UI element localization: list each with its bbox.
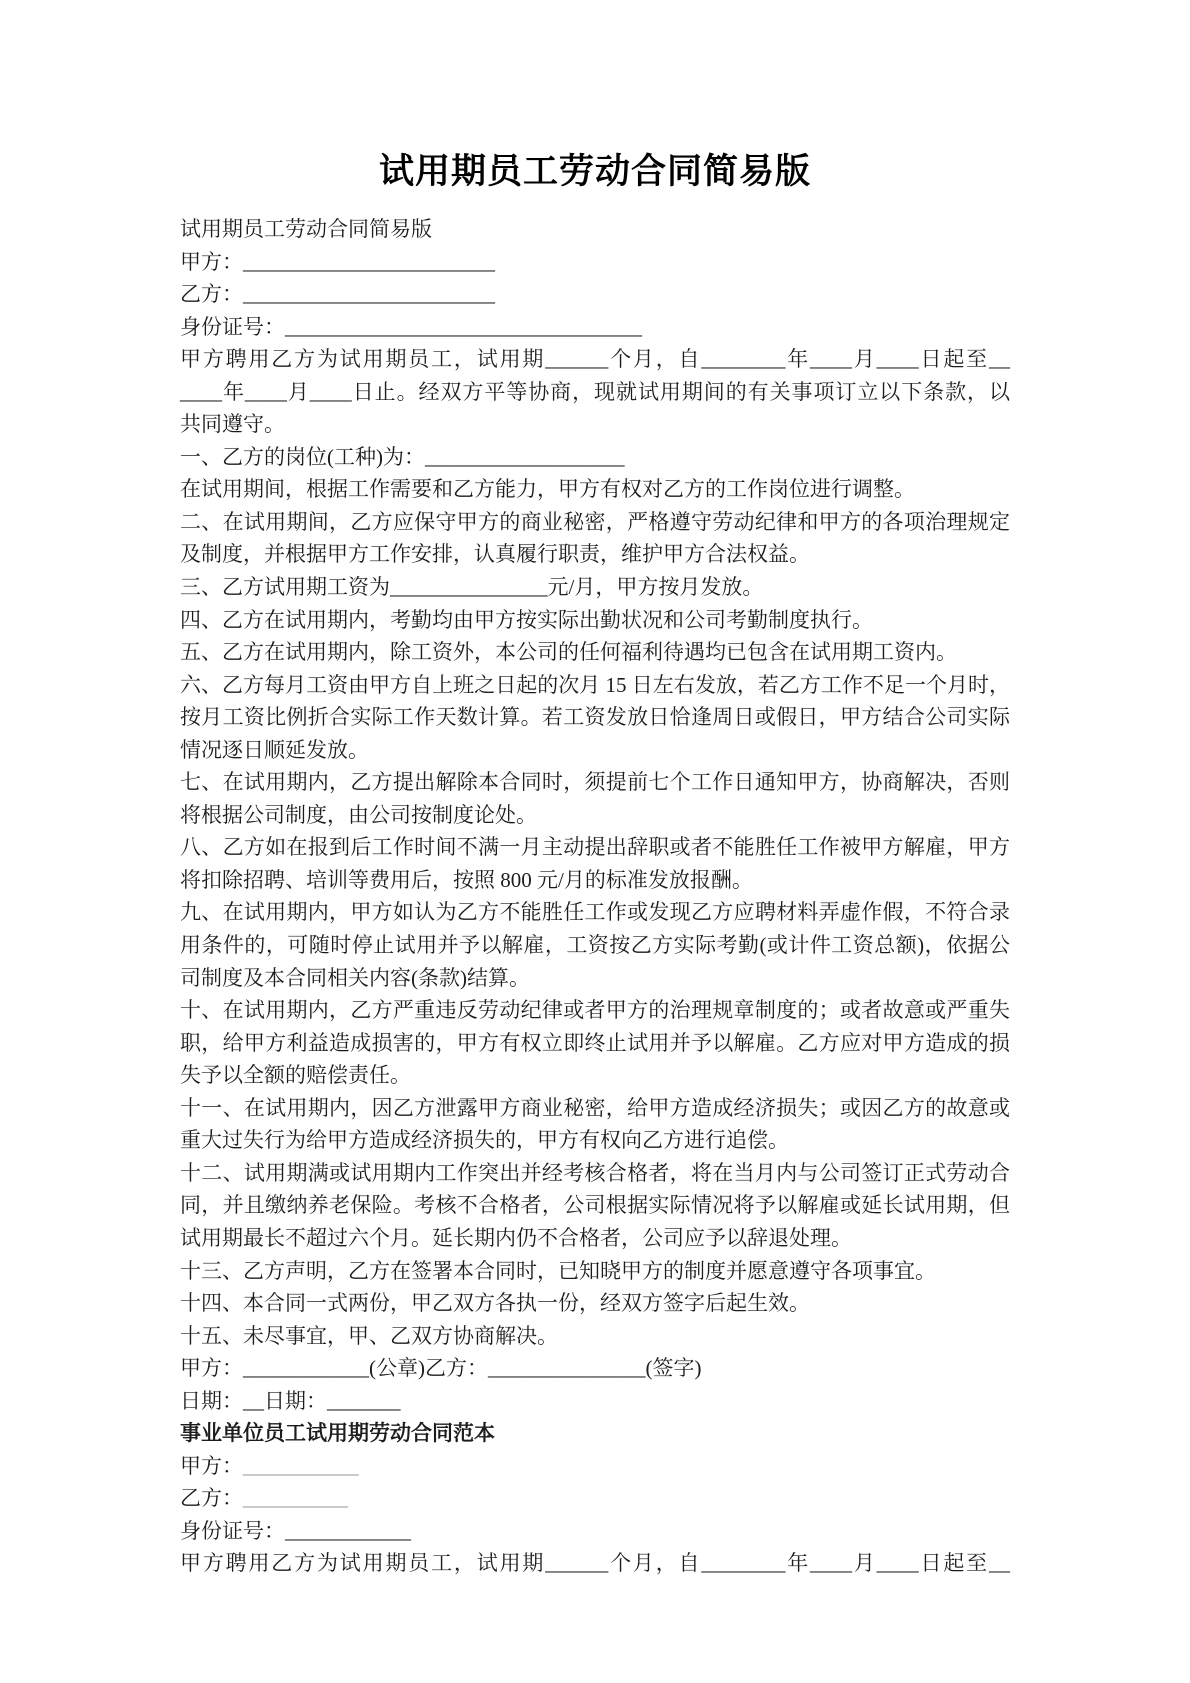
blank-underline: ___________	[243, 1454, 359, 1478]
section-subtitle: 事业单位员工试用期劳动合同范本	[180, 1417, 1010, 1450]
field-label: 甲方：	[180, 1454, 243, 1478]
field-label: 乙方：	[180, 1486, 243, 1510]
contract-body: 试用期员工劳动合同简易版 甲方：________________________…	[180, 213, 1010, 1580]
contract-line: 同，并且缴纳养老保险。考核不合格者，公司根据实际情况将予以解雇或延长试用期，但	[180, 1189, 1010, 1222]
contract-line: ____年____月____日止。经双方平等协商，现就试用期间的有关事项订立以下…	[180, 376, 1010, 409]
clause-9-line: 九、在试用期内，甲方如认为乙方不能胜任工作或发现乙方应聘材料弄虚作假，不符合录	[180, 896, 1010, 929]
id-number-line-2: 身份证号：____________	[180, 1515, 1010, 1548]
party-a-line-2: 甲方：___________	[180, 1450, 1010, 1483]
clause-5-line: 五、乙方在试用期内，除工资外，本公司的任何福利待遇均已包含在试用期工资内。	[180, 636, 1010, 669]
signature-line: 甲方：____________(公章)乙方：_______________(签字…	[180, 1352, 1010, 1385]
contract-line: 甲方聘用乙方为试用期员工，试用期______个月，自________年____月…	[180, 343, 1010, 376]
clause-7-line: 七、在试用期内，乙方提出解除本合同时，须提前七个工作日通知甲方，协商解决，否则	[180, 766, 1010, 799]
clause-6-line: 六、乙方每月工资由甲方自上班之日起的次月 15 日左右发放，若乙方工作不足一个月…	[180, 669, 1010, 702]
party-b-line: 乙方：________________________	[180, 278, 1010, 311]
clause-15-line: 十五、未尽事宜，甲、乙双方协商解决。	[180, 1320, 1010, 1353]
contract-page: 试用期员工劳动合同简易版 试用期员工劳动合同简易版 甲方：___________…	[0, 0, 1190, 1683]
clause-14-line: 十四、本合同一式两份，甲乙双方各执一份，经双方签字后起生效。	[180, 1287, 1010, 1320]
blank-underline: __________	[243, 1486, 348, 1510]
party-a-line: 甲方：________________________	[180, 246, 1010, 279]
document-title: 试用期员工劳动合同简易版	[180, 148, 1010, 196]
clause-12-line: 十二、试用期满或试用期内工作突出并经考核合格者，将在当月内与公司签订正式劳动合	[180, 1157, 1010, 1190]
contract-line: 职，给甲方利益造成损害的，甲方有权立即终止试用并予以解雇。乙方应对甲方造成的损	[180, 1027, 1010, 1060]
clause-3-line: 三、乙方试用期工资为_______________元/月，甲方按月发放。	[180, 571, 1010, 604]
contract-line: 试用期最长不超过六个月。延长期内仍不合格者，公司应予以辞退处理。	[180, 1222, 1010, 1255]
contract-line: 甲方聘用乙方为试用期员工，试用期______个月，自________年____月…	[180, 1547, 1010, 1580]
clause-2-line: 二、在试用期间，乙方应保守甲方的商业秘密，严格遵守劳动纪律和甲方的各项治理规定	[180, 506, 1010, 539]
contract-line: 按月工资比例折合实际工作天数计算。若工资发放日恰逢周日或假日，甲方结合公司实际	[180, 701, 1010, 734]
contract-line: 失予以全额的赔偿责任。	[180, 1059, 1010, 1092]
document-subtitle: 试用期员工劳动合同简易版	[180, 213, 1010, 246]
contract-line: 将根据公司制度，由公司按制度论处。	[180, 799, 1010, 832]
contract-line: 在试用期间，根据工作需要和乙方能力，甲方有权对乙方的工作岗位进行调整。	[180, 473, 1010, 506]
contract-line: 及制度，并根据甲方工作安排，认真履行职责，维护甲方合法权益。	[180, 538, 1010, 571]
clause-1-line: 一、乙方的岗位(工种)为：___________________	[180, 441, 1010, 474]
clause-13-line: 十三、乙方声明，乙方在签署本合同时，已知晓甲方的制度并愿意遵守各项事宜。	[180, 1255, 1010, 1288]
clause-10-line: 十、在试用期内，乙方严重违反劳动纪律或者甲方的治理规章制度的；或者故意或严重失	[180, 994, 1010, 1027]
clause-11-line: 十一、在试用期内，因乙方泄露甲方商业秘密，给甲方造成经济损失；或因乙方的故意或	[180, 1092, 1010, 1125]
contract-line: 用条件的，可随时停止试用并予以解雇，工资按乙方实际考勤(或计件工资总额)，依据公	[180, 929, 1010, 962]
contract-line: 情况逐日顺延发放。	[180, 734, 1010, 767]
contract-line: 将扣除招聘、培训等费用后，按照 800 元/月的标准发放报酬。	[180, 864, 1010, 897]
party-b-line-2: 乙方：__________	[180, 1482, 1010, 1515]
clause-4-line: 四、乙方在试用期内，考勤均由甲方按实际出勤状况和公司考勤制度执行。	[180, 604, 1010, 637]
contract-line: 共同遵守。	[180, 408, 1010, 441]
contract-line: 司制度及本合同相关内容(条款)结算。	[180, 962, 1010, 995]
contract-line: 重大过失行为给甲方造成经济损失的，甲方有权向乙方进行追偿。	[180, 1124, 1010, 1157]
date-line: 日期：__日期：_______	[180, 1385, 1010, 1418]
clause-8-line: 八、乙方如在报到后工作时间不满一月主动提出辞职或者不能胜任工作被甲方解雇，甲方	[180, 831, 1010, 864]
id-number-line: 身份证号：__________________________________	[180, 311, 1010, 344]
